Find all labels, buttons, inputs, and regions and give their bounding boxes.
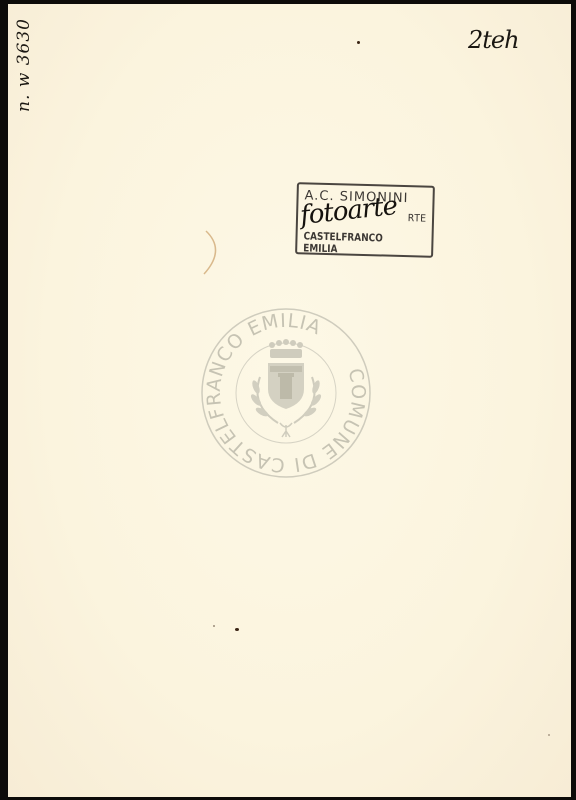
paper-crease-mark — [196, 228, 226, 278]
stamp-line-2: RTE — [408, 213, 426, 224]
archive-reference-note: n. w 3630 — [14, 18, 34, 112]
corner-handwritten-note: 2teh — [468, 26, 519, 54]
stamp-town: CASTELFRANCO EMILIA — [303, 230, 412, 257]
municipal-seal-icon: COMUNE DI CASTELFRANCO EMILIA — [198, 305, 374, 481]
paper-speck — [357, 41, 360, 44]
paper-speck — [548, 734, 550, 736]
paper-speck — [213, 625, 215, 627]
paper-speck — [235, 628, 239, 631]
